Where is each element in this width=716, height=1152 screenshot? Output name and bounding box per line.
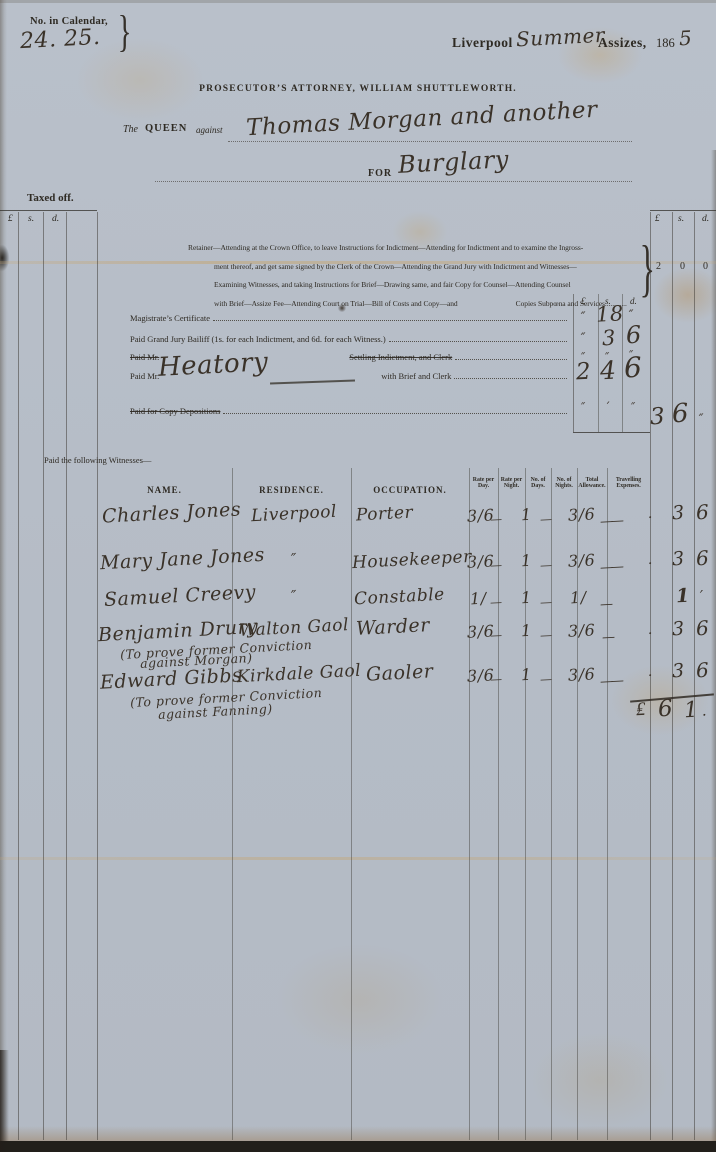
- witness-occupation: Warder: [355, 614, 430, 640]
- witness-dash: —: [540, 512, 553, 527]
- queen-against: against: [196, 125, 223, 135]
- retainer-line: ment thereof, and get same signed by the…: [188, 258, 633, 277]
- witness-dash: —: [490, 558, 503, 573]
- right-col-pence: d.: [702, 214, 709, 224]
- retainer-paragraph: Retainer—Attending at the Crown Office, …: [188, 239, 633, 313]
- witness-amount-dot: ·: [648, 510, 654, 526]
- total-shillings: 1: [683, 698, 699, 724]
- item-label-2: Settling Indictment, and Clerk: [349, 352, 452, 362]
- amount-ditto: ″: [581, 331, 587, 346]
- witness-residence: Liverpool: [240, 501, 349, 527]
- witness-days: 1: [521, 621, 533, 641]
- retainer-amount-pounds: 2: [656, 261, 661, 272]
- item-label: Paid Mr.: [130, 352, 159, 362]
- fold-crease-lower: [0, 857, 716, 860]
- witness-dash: —: [540, 672, 553, 687]
- witness-dash: —: [540, 595, 553, 610]
- assizes-word: Assizes,: [598, 35, 647, 51]
- taxed-off-label: Taxed off.: [27, 192, 74, 204]
- no-in-calendar-value: 24. 25.: [19, 25, 101, 54]
- witness-amount-shillings: 1: [675, 585, 690, 608]
- witness-dash: —: [490, 595, 503, 610]
- item-row-copy-depositions: Paid for Copy Depositions: [130, 406, 570, 416]
- amount-value: 3: [601, 326, 616, 351]
- witness-total-allowance: 3/6: [568, 620, 596, 640]
- witness-amount-dot: ·: [648, 556, 654, 572]
- witness-days: 1: [521, 588, 533, 608]
- right-paper-edge: [711, 150, 716, 1152]
- witness-col-no-days: No. of Days.: [525, 477, 551, 490]
- amount-ditto: ″: [631, 400, 637, 414]
- witness-amount-dot: ·: [648, 626, 654, 642]
- retainer-line-text: with Brief—Assize Fee—Attending Court on…: [214, 295, 458, 314]
- witness-col-rate-day: Rate per Day.: [469, 477, 498, 490]
- assizes-year-printed: 186: [656, 36, 675, 51]
- amount-ditto: ″: [581, 310, 587, 325]
- witness-amount-pence: 6: [695, 616, 709, 641]
- witness-amount-shillings: 3: [671, 660, 685, 683]
- subtable-pounds-header: £: [581, 296, 586, 306]
- dotted-leader: [455, 358, 567, 360]
- witness-amount-pence: 6: [695, 500, 709, 525]
- witness-days: 1: [521, 551, 533, 571]
- witness-days: 1: [521, 505, 533, 525]
- witness-amount-pence: ′: [700, 587, 705, 605]
- witness-dash: —: [540, 558, 553, 573]
- left-col-shillings: s.: [28, 214, 34, 224]
- witness-dash: —: [600, 597, 614, 613]
- witness-name: Samuel Creevy: [104, 581, 257, 611]
- calendar-brace: }: [118, 6, 132, 57]
- witness-dash: —: [602, 630, 616, 646]
- witness-occupation: Housekeeper: [352, 547, 473, 573]
- witness-dash: ——: [600, 673, 623, 689]
- rule-vertical: [43, 212, 44, 1140]
- amount-value: 18: [595, 301, 624, 326]
- witness-residence: ″: [240, 584, 349, 608]
- witness-col-no-nights: No. of Nights.: [551, 477, 577, 490]
- witness-occupation: Constable: [354, 585, 446, 610]
- item-label: Paid for Copy Depositions: [130, 406, 220, 416]
- rule-vertical: [694, 212, 695, 1140]
- item-label: Paid Mr.: [130, 371, 159, 381]
- witness-total-allowance: 3/6: [568, 664, 596, 684]
- rule-vertical-witness: [232, 468, 233, 1140]
- amount-value: 4: [599, 356, 617, 386]
- dotted-leader: [223, 412, 567, 414]
- witness-col-rate-night: Rate per Night.: [498, 477, 525, 490]
- dotted-leader: [454, 377, 567, 379]
- subtotal-shillings: 6: [671, 399, 690, 430]
- defendants-underline: [228, 141, 632, 142]
- retainer-amount-shillings: 0: [680, 261, 685, 272]
- top-paper-edge: [0, 0, 716, 3]
- queen-word: QUEEN: [145, 123, 187, 134]
- witness-total-allowance: 1/: [570, 588, 588, 608]
- item-label-2: with Brief and Clerk: [381, 371, 451, 381]
- retainer-gap: [458, 295, 516, 314]
- retainer-amount-pence: 0: [703, 261, 708, 272]
- witness-dash: ——: [600, 513, 623, 529]
- witness-col-occupation: OCCUPATION.: [351, 485, 469, 495]
- left-col-pence: d.: [52, 214, 59, 224]
- retainer-line: Retainer—Attending at the Crown Office, …: [188, 239, 633, 258]
- witness-amount-shillings: 3: [671, 618, 685, 641]
- retainer-line: with Brief—Assize Fee—Attending Court on…: [188, 295, 633, 314]
- witness-dash: —: [540, 628, 553, 643]
- witness-col-total-allowance: Total Allowance.: [577, 477, 607, 490]
- rule-left-columns-top: [0, 210, 97, 211]
- assizes-place: Liverpool: [452, 35, 513, 51]
- witness-col-residence: RESIDENCE.: [232, 485, 351, 495]
- right-col-shillings: s.: [678, 214, 684, 224]
- bottom-left-shadow: [0, 1050, 9, 1152]
- bottom-paper-edge: [0, 1141, 716, 1152]
- for-label: FOR: [368, 168, 392, 179]
- witness-days: 1: [521, 665, 533, 685]
- witness-rate-day: 1/: [470, 589, 488, 609]
- amount-ditto: ′: [607, 400, 611, 415]
- witness-total-allowance: 3/6: [568, 550, 596, 570]
- witness-amount-shillings: 3: [671, 548, 685, 571]
- witness-occupation: Gaoler: [365, 660, 433, 685]
- witness-amount-pence: 6: [695, 658, 709, 683]
- left-paper-edge: [0, 0, 7, 1152]
- witness-name: Charles Jones: [102, 498, 242, 527]
- defendants-handwritten: Thomas Morgan and another: [246, 97, 599, 141]
- witness-dash: —: [490, 512, 503, 527]
- document-page: No. in Calendar, 24. 25. } Liverpool Sum…: [0, 0, 716, 1152]
- amount-ditto: ″: [581, 400, 587, 414]
- offence-handwritten: Burglary: [397, 145, 509, 179]
- subtotal-pence: ″: [699, 412, 705, 427]
- subtable-pence-header: d.: [630, 296, 637, 306]
- left-col-pounds: £: [8, 214, 13, 224]
- item-label: Magistrate’s Certificate: [130, 313, 210, 323]
- amount-value: 6: [625, 321, 642, 350]
- assizes-year-handwritten: 5: [678, 26, 692, 51]
- witnesses-intro: Paid the following Witnesses—: [44, 455, 151, 465]
- retainer-brace: }: [640, 231, 655, 305]
- total-pence: ·: [702, 706, 708, 724]
- counsel-name-handwritten: Heatory: [157, 347, 269, 383]
- item-label: Paid Grand Jury Bailiff (1s. for each In…: [130, 334, 386, 344]
- witness-col-name: NAME.: [97, 485, 232, 495]
- rule-vertical: [97, 212, 98, 1140]
- queen-the: The: [123, 124, 138, 135]
- witness-dash: —: [490, 672, 503, 687]
- item-row-grand-jury-bailiff: Paid Grand Jury Bailiff (1s. for each In…: [130, 334, 570, 344]
- witness-dash: ——: [600, 559, 623, 575]
- subtable-bottom-border: [573, 432, 650, 433]
- bottom-smudge: [0, 1126, 716, 1141]
- witness-amount-shillings: 3: [671, 502, 685, 525]
- total-pounds: 6: [657, 696, 673, 723]
- attorney-line: PROSECUTOR’S ATTORNEY, WILLIAM SHUTTLEWO…: [130, 84, 586, 94]
- assizes-session-handwritten: Summer: [515, 23, 605, 52]
- subtotal-pounds: 3: [649, 404, 665, 431]
- witness-dash: —: [490, 628, 503, 643]
- right-col-pounds: £: [655, 214, 660, 224]
- rule-right-columns-top: [650, 210, 716, 211]
- rule-vertical: [18, 212, 19, 1140]
- witness-amount-dot: ·: [648, 668, 654, 684]
- witness-total-allowance: 3/6: [568, 504, 596, 524]
- item-row-magistrates-certificate: Magistrate’s Certificate: [130, 313, 570, 323]
- retainer-line: Examining Witnesses, and taking Instruct…: [188, 276, 633, 295]
- rule-vertical: [66, 212, 67, 1140]
- witness-amount-pence: 6: [695, 546, 709, 571]
- witness-residence: Kirkdale Gaol: [234, 661, 365, 688]
- subtable-left-border: [573, 294, 574, 432]
- amount-value: 2: [575, 359, 591, 386]
- amount-value: 6: [623, 351, 643, 385]
- dotted-leader: [389, 340, 567, 342]
- dotted-leader: [213, 319, 567, 321]
- offence-underline: [155, 181, 632, 182]
- total-pound-symbol: ₤: [635, 698, 646, 721]
- witness-col-travelling: Travelling Expenses.: [607, 477, 650, 490]
- witness-occupation: Porter: [356, 503, 414, 526]
